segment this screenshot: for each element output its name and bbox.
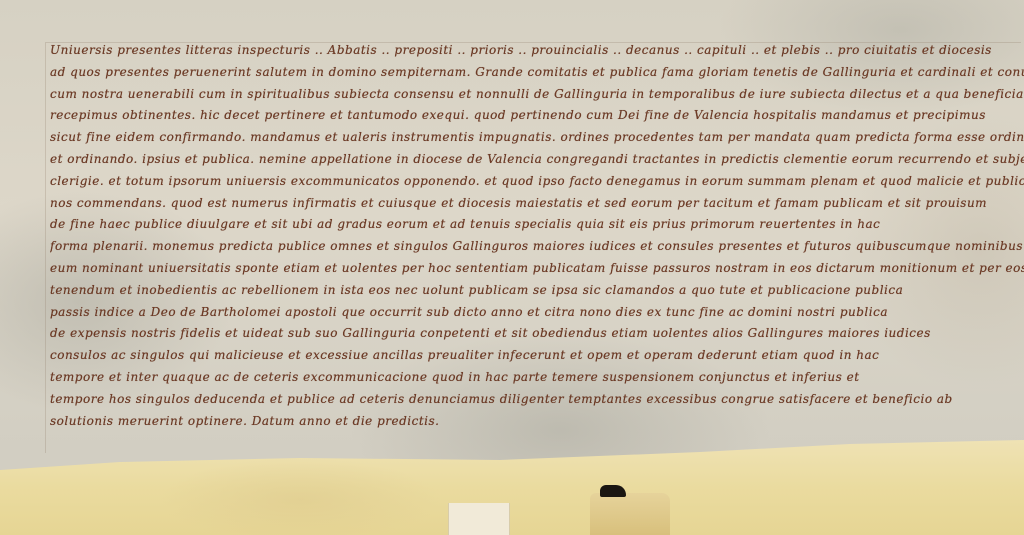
text-line-4: recepimus obtinentes. hic decet pertiner… bbox=[50, 105, 1024, 127]
charter-text: Uniuersis presentes litteras inspecturis… bbox=[50, 40, 1024, 432]
text-line-14: de expensis nostris fidelis et uideat su… bbox=[50, 323, 1024, 345]
text-line-8: nos commendans. quod est numerus infirma… bbox=[50, 193, 1024, 215]
text-line-2: ad quos presentes peruenerint salutem in… bbox=[50, 62, 1024, 84]
text-line-7: clerigie. et totum ipsorum uniuersis exc… bbox=[50, 171, 1024, 193]
text-line-11: eum nominant uniuersitatis sponte etiam … bbox=[50, 258, 1024, 280]
text-line-9: de fine haec publice diuulgare et sit ub… bbox=[50, 214, 1024, 236]
text-line-1: Uniuersis presentes litteras inspecturis… bbox=[50, 40, 1024, 62]
text-line-17: tempore hos singulos deducenda et public… bbox=[50, 389, 1024, 411]
text-line-6: et ordinando. ipsius et publica. nemine … bbox=[50, 149, 1024, 171]
seal-tag-slit bbox=[448, 503, 510, 535]
text-line-13: passis indice a Deo de Bartholomei apost… bbox=[50, 302, 1024, 324]
text-line-5: sicut fine eidem confirmando. mandamus e… bbox=[50, 127, 1024, 149]
text-line-18: solutionis meruerint optinere. Datum ann… bbox=[50, 411, 1024, 433]
seal-tag-hole bbox=[600, 485, 626, 497]
text-line-10: forma plenarii. monemus predicta publice… bbox=[50, 236, 1024, 258]
text-line-16: tempore et inter quaque ac de ceteris ex… bbox=[50, 367, 1024, 389]
seal-tag bbox=[590, 493, 670, 535]
text-line-3: cum nostra uenerabili cum in spiritualib… bbox=[50, 84, 1024, 106]
charter-photograph: Uniuersis presentes litteras inspecturis… bbox=[0, 0, 1024, 535]
text-line-12: tenendum et inobedientis ac rebellionem … bbox=[50, 280, 1024, 302]
text-line-15: consulos ac singulos qui malicieuse et e… bbox=[50, 345, 1024, 367]
